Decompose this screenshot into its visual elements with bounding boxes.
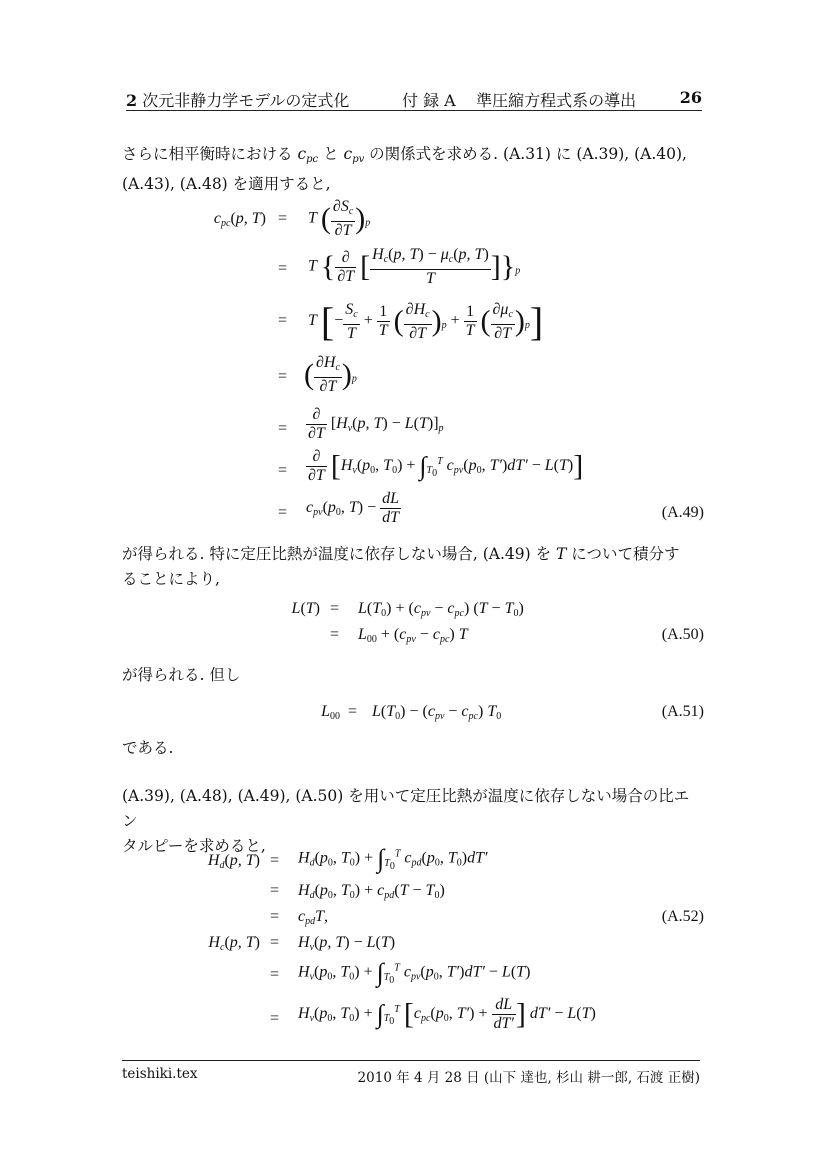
equation-line: (∂Hc∂T)p xyxy=(304,354,357,396)
equation-line: T [−ScT + 1T (∂Hc∂T)p + 1T (∂μc∂T)p] xyxy=(308,298,543,345)
page-number: 26 xyxy=(680,88,702,107)
equation-line: ∂∂T [Hv(p, T) − L(T)]p xyxy=(306,406,444,443)
equation-line: L(T0) + (cpv − cpc) (T − T0) xyxy=(358,600,524,619)
equation-lhs: L(T) xyxy=(270,600,320,618)
equation-line: cpdT, xyxy=(298,908,328,927)
appendix-title: 付 録 A 準圧縮方程式系の導出 xyxy=(402,88,636,111)
paragraph-line: さらに相平衡時における cpc と cpv の関係式を求める. (A.31) に… xyxy=(122,142,704,172)
equation-line: L00 + (cpv − cpc) T xyxy=(358,626,468,645)
footer-date-authors: 2010 年 4 月 28 日 (山下 達也, 杉山 耕一郎, 石渡 正樹) xyxy=(358,1066,700,1086)
equation-number: (A.49) xyxy=(662,504,704,522)
chapter-title-text: 次元非静力学モデルの定式化 xyxy=(142,91,349,110)
appendix-label: 付 録 A xyxy=(402,91,456,110)
equation-number: (A.52) xyxy=(662,908,704,926)
equation-line: L(T0) − (cpv − cpc) T0 xyxy=(372,703,501,722)
equation-line: Hd(p0, T0) + cpd(T − T0) xyxy=(298,882,445,901)
paragraph-note: が得られる. 但し xyxy=(122,663,704,688)
equation-line: Hv(p0, T0) + ∫T0T [cpc(p0, T′) + dLdT′] … xyxy=(298,996,596,1033)
paragraph-line: ることにより, xyxy=(122,567,704,592)
equation-line: Hv(p0, T0) + ∫T0T cpv(p0, T′)dT′ − L(T) xyxy=(298,958,530,988)
chapter-number: 2 xyxy=(126,91,137,110)
equation-A50: L(T) = L(T0) + (cpv − cpc) (T − T0) = L0… xyxy=(270,600,704,650)
equation-lhs: L00 xyxy=(300,703,340,722)
running-header: 2 次元非静力学モデルの定式化 付 録 A 準圧縮方程式系の導出 26 xyxy=(126,88,702,111)
equation-lhs: Hc(p, T) xyxy=(196,934,260,953)
page-footer: teishiki.tex 2010 年 4 月 28 日 (山下 達也, 杉山 … xyxy=(122,1060,700,1066)
equation-line: cpv(p0, T) − dLdT xyxy=(306,490,401,527)
appendix-title-text: 準圧縮方程式系の導出 xyxy=(476,91,636,110)
equation-line: ∂∂T [Hv(p0, T0) + ∫T0T cpv(p0, T′)dT′ − … xyxy=(306,448,583,485)
equation-A52: Hd(p, T) = Hd(p0, T0) + ∫T0T cpd(p0, T0)… xyxy=(196,844,704,1044)
paragraph-integration: が得られる. 特に定圧比熱が温度に依存しない場合, (A.49) を T につい… xyxy=(122,542,704,592)
chapter-title: 2 次元非静力学モデルの定式化 xyxy=(126,88,349,111)
equation-line: T {∂∂T [Hc(p, T) − μc(p, T)T]}p xyxy=(308,246,520,288)
equation-line: T (∂Sc∂T)p xyxy=(308,198,370,240)
equation-lhs: cpc(p, T) xyxy=(196,210,266,229)
paragraph-end: である. xyxy=(122,736,704,761)
paragraph-line: (A.43), (A.48) を適用すると, xyxy=(122,172,704,197)
footer-filename: teishiki.tex xyxy=(122,1066,198,1082)
equation-number: (A.50) xyxy=(662,626,704,644)
equation-line: Hd(p0, T0) + ∫T0T cpd(p0, T0)dT′ xyxy=(298,844,487,874)
paragraph-line: (A.39), (A.48), (A.49), (A.50) を用いて定圧比熱が… xyxy=(122,784,704,834)
equation-number: (A.51) xyxy=(662,703,704,721)
equation-lhs: Hd(p, T) xyxy=(196,852,260,871)
equation-A49: cpc(p, T) = T (∂Sc∂T)p = T {∂∂T [Hc(p, T… xyxy=(196,198,704,533)
equation-A51: L00 = L(T0) − (cpv − cpc) T0 (A.51) xyxy=(300,703,704,727)
paragraph-line: が得られる. 特に定圧比熱が温度に依存しない場合, (A.49) を T につい… xyxy=(122,542,704,567)
equation-line: Hv(p, T) − L(T) xyxy=(298,934,395,953)
paragraph-intro: さらに相平衡時における cpc と cpv の関係式を求める. (A.31) に… xyxy=(122,142,704,197)
